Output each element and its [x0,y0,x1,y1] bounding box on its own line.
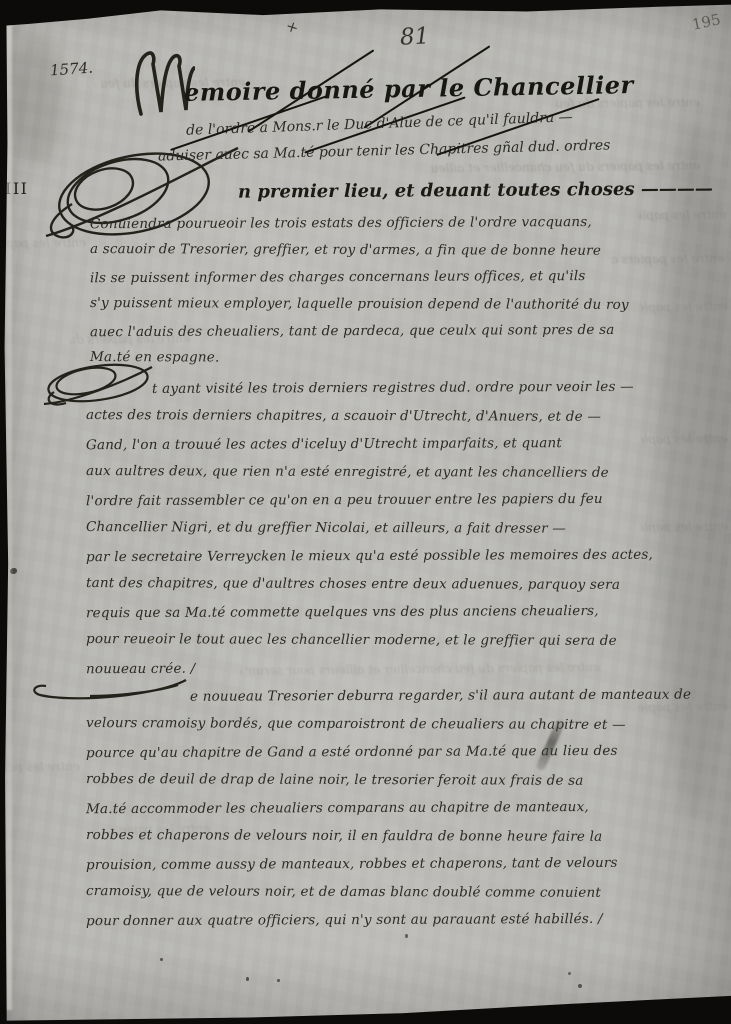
ink-speck [160,958,163,961]
margin-year-note: 1574. [49,59,93,80]
manuscript-line: pource qu'au chapitre de Gand a esté ord… [86,737,648,767]
manuscript-line: par le secretaire Verreycken le mieux qu… [86,541,648,571]
manuscript-line: pour donner aux quatre officiers, qui n'… [86,905,648,935]
manuscript-line: Conuiendra pourueoir les trois estats de… [90,209,652,238]
manuscript-line: cramoisy, que de velours noir, et de dam… [86,877,648,907]
paper-shadow-topleft [8,34,63,164]
manuscript-line: Gand, l'on a trouué les actes d'iceluy d… [86,429,648,459]
manuscript-line: actes des trois derniers chapitres, a sc… [86,401,648,431]
manuscript-line: auec l'aduis des cheualiers, tant de par… [90,317,652,346]
ink-speck [568,972,571,975]
manuscript-line: tant des chapitres, que d'aultres choses… [86,569,648,599]
manuscript-line: aux aultres deux, que rien n'a esté enre… [86,457,648,487]
manuscript-line: nouueau crée. / [86,653,648,683]
manuscript-line: Ma.té accommoder les cheualiers comparan… [86,793,648,823]
ink-speck [246,977,249,981]
manuscript-line: Chancellier Nigri, et du greffier Nicola… [86,513,648,543]
manuscript-line: robbes et chaperons de velours noir, il … [86,821,648,851]
ink-speck [578,984,582,988]
section-heading: n premier lieu, et deuant toutes choses … [238,178,713,202]
paper-shadow-right [660,120,730,820]
manuscript-line: a scauoir de Tresorier, greffier, et roy… [90,236,652,265]
manuscript-line: s'y puissent mieux employer, laquelle pr… [90,290,652,319]
manuscript-photo: entre les papiers du feu chancellier et … [0,0,731,1024]
manuscript-line: t ayant visité les trois derniers regist… [86,373,648,403]
manuscript-line: l'ordre fait rassembler ce qu'on en a pe… [86,485,648,515]
ink-speck [277,979,280,982]
manuscript-line: requis que sa Ma.té commette quelques vn… [86,597,648,627]
page-number: 81 [399,23,430,50]
manuscript-line: e nouueau Tresorier deburra regarder, s'… [86,681,648,711]
paragraph-3: e nouueau Tresorier deburra regarder, s'… [86,682,648,934]
paragraph-1: Conuiendra pourueoir les trois estats de… [90,210,652,372]
manuscript-line: Ma.té en espagne. [90,344,652,373]
manuscript-line: ils se puissent informer des charges con… [90,263,652,292]
ink-speck [405,934,408,938]
manuscript-line: robbes de deuil de drap de laine noir, l… [86,765,648,795]
paragraph-2: t ayant visité les trois derniers regist… [86,374,648,682]
manuscript-line: pour reueoir le tout auec les chancellie… [86,625,648,655]
manuscript-line: prouision, comme aussy de manteaux, robb… [86,849,648,879]
